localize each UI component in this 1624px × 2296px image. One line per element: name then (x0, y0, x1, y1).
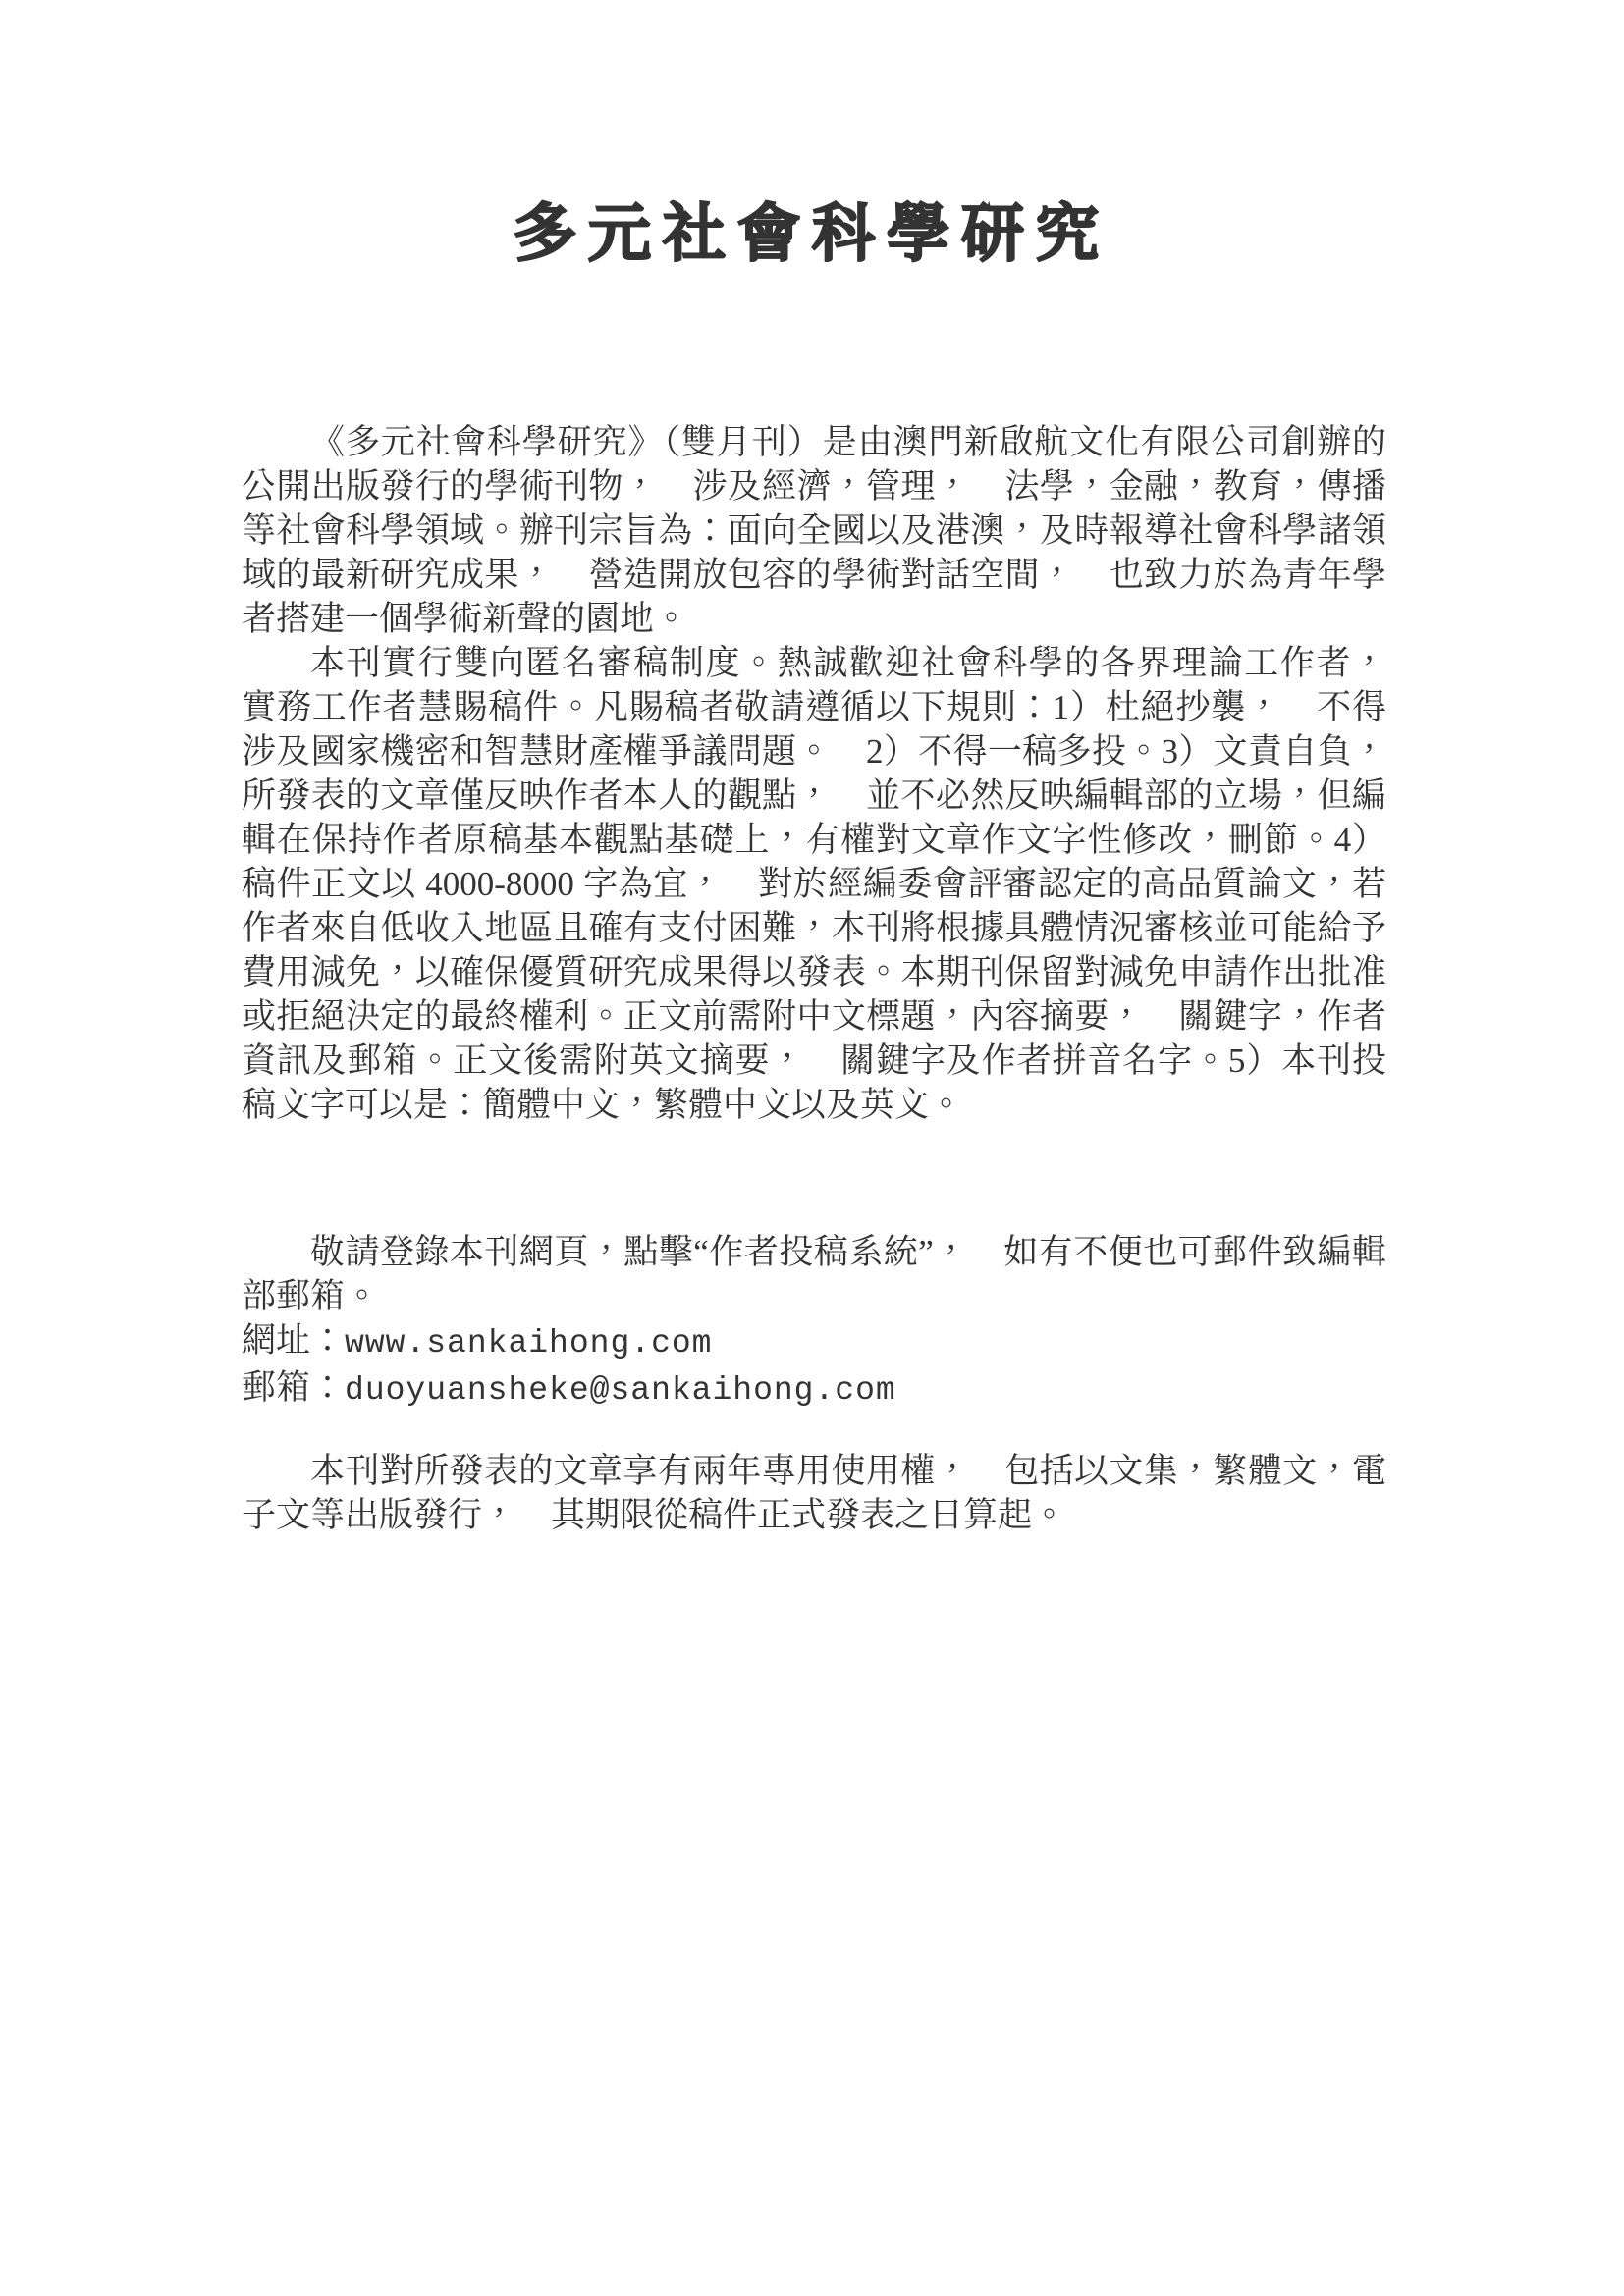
website-label: 網址： (242, 1321, 345, 1360)
contact-section: 敬請登錄本刊網頁，點擊“作者投稿系統”， 如有不便也可郵件致編輯部郵箱。 網址：… (242, 1230, 1386, 1413)
intro-paragraph: 《多元社會科學研究》（雙月刊）是由澳門新啟航文化有限公司創辦的公開出版發行的學術… (242, 420, 1386, 641)
email-address: duoyuansheke@sankaihong.com (345, 1372, 896, 1409)
copyright-paragraph: 本刊對所發表的文章享有兩年專用使用權， 包括以文集，繁體文，電子文等出版發行， … (242, 1449, 1386, 1537)
email-line: 郵箱：duoyuansheke@sankaihong.com (242, 1365, 1386, 1413)
email-label: 郵箱： (242, 1368, 345, 1407)
website-url: www.sankaihong.com (345, 1325, 712, 1362)
document-body: 《多元社會科學研究》（雙月刊）是由澳門新啟航文化有限公司創辦的公開出版發行的學術… (242, 420, 1386, 1537)
document-page: 多元社會科學研究 《多元社會科學研究》（雙月刊）是由澳門新啟航文化有限公司創辦的… (0, 0, 1624, 2296)
website-line: 網址：www.sankaihong.com (242, 1318, 1386, 1365)
contact-note: 敬請登錄本刊網頁，點擊“作者投稿系統”， 如有不便也可郵件致編輯部郵箱。 (242, 1230, 1386, 1318)
journal-title: 多元社會科學研究 (0, 192, 1624, 277)
submission-guidelines-paragraph: 本刊實行雙向匿名審稿制度。熱誠歡迎社會科學的各界理論工作者， 實務工作者慧賜稿件… (242, 641, 1386, 1127)
